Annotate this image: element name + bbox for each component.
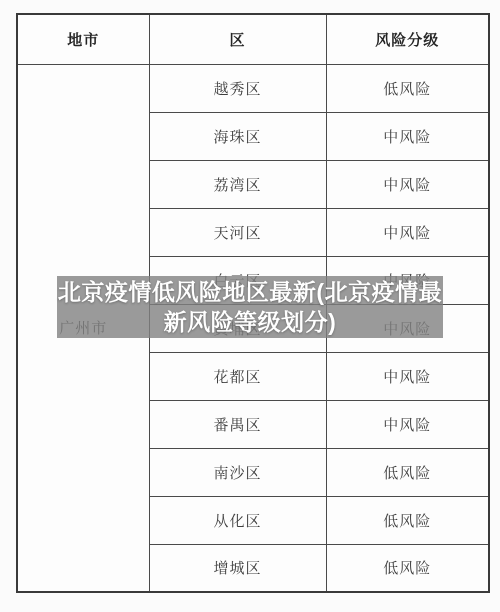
header-risk-level: 风险分级	[326, 14, 489, 64]
page: 地市 区 风险分级 广州市 越秀区 低风险 海珠区 中风险 荔湾区 中风险 天河…	[0, 0, 500, 612]
risk-cell: 低风险	[326, 496, 489, 544]
district-cell: 越秀区	[149, 64, 326, 112]
risk-cell: 低风险	[326, 448, 489, 496]
risk-cell: 中风险	[326, 160, 489, 208]
district-cell: 增城区	[149, 544, 326, 592]
risk-cell: 中风险	[326, 400, 489, 448]
district-cell: 花都区	[149, 352, 326, 400]
risk-cell: 低风险	[326, 544, 489, 592]
header-city: 地市	[17, 14, 149, 64]
district-cell: 番禺区	[149, 400, 326, 448]
district-cell: 南沙区	[149, 448, 326, 496]
risk-cell: 中风险	[326, 352, 489, 400]
district-cell: 荔湾区	[149, 160, 326, 208]
risk-cell: 低风险	[326, 64, 489, 112]
header-district: 区	[149, 14, 326, 64]
district-cell: 天河区	[149, 208, 326, 256]
district-cell: 海珠区	[149, 112, 326, 160]
district-cell: 从化区	[149, 496, 326, 544]
overlay-title-line1: 北京疫情低风险地区最新(北京疫情最	[58, 277, 442, 307]
header-row: 地市 区 风险分级	[17, 14, 489, 64]
risk-cell: 中风险	[326, 112, 489, 160]
overlay-title-line2: 新风险等级划分)	[164, 307, 337, 337]
table-row: 广州市 越秀区 低风险	[17, 64, 489, 112]
title-overlay-banner: 北京疫情低风险地区最新(北京疫情最 新风险等级划分)	[57, 276, 443, 338]
risk-cell: 中风险	[326, 208, 489, 256]
